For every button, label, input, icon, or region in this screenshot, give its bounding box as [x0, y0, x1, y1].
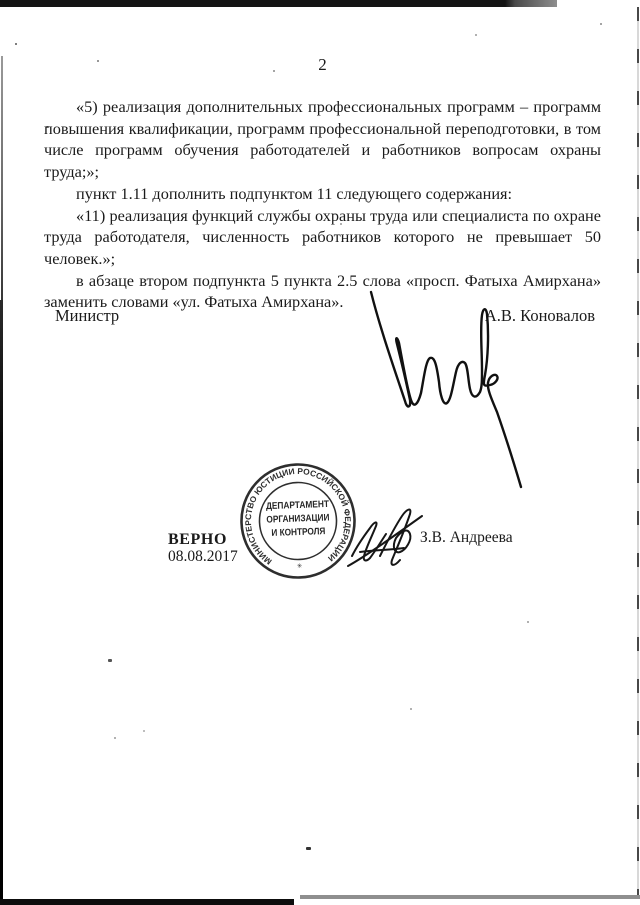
page-number: 2 — [44, 55, 601, 75]
stamp-separator-mark: ✳ — [297, 562, 303, 570]
certifier-signature-scribble — [346, 494, 431, 574]
scan-speck — [143, 730, 145, 732]
scan-speck — [410, 708, 412, 710]
scan-edge-top — [0, 0, 557, 7]
scan-speck — [15, 43, 17, 45]
scan-edge-left-faint — [1, 56, 3, 306]
stamp-center-line-2: ОРГАНИЗАЦИИ — [266, 512, 329, 525]
certification-date: 08.08.2017 — [168, 548, 238, 565]
paragraph-1: «5) реализация дополнительных профессион… — [44, 96, 601, 183]
paragraph-3: «11) реализация функций службы охраны тр… — [44, 205, 601, 270]
certification-block: ВЕРНО 08.08.2017 — [168, 531, 238, 565]
scan-speck — [475, 34, 477, 36]
certifier-name: З.В. Андреева — [420, 529, 513, 547]
scan-edge-bottom-gray — [300, 895, 640, 899]
scan-edge-left — [0, 300, 3, 905]
paragraph-2: пункт 1.11 дополнить подпунктом 11 следу… — [44, 183, 601, 205]
minister-signature-scribble — [364, 288, 529, 498]
scan-speck — [600, 23, 602, 25]
verno-label: ВЕРНО — [168, 531, 238, 548]
stamp-center-line-1: ДЕПАРТАМЕНТ — [266, 499, 329, 512]
scan-speck — [527, 621, 529, 623]
stamp-center-line-3: И КОНТРОЛЯ — [271, 526, 325, 539]
scan-speck — [306, 847, 311, 850]
scanned-document-page: 2 «5) реализация дополнительных професси… — [0, 0, 640, 905]
scan-edge-bottom — [0, 899, 294, 905]
scan-speck — [108, 659, 112, 662]
scan-speck — [114, 737, 116, 739]
document-body: «5) реализация дополнительных профессион… — [44, 96, 601, 313]
scan-edge-right — [637, 7, 639, 899]
official-stamp: МИНИСТЕРСТВО ЮСТИЦИИ РОССИЙСКОЙ ФЕДЕРАЦИ… — [236, 459, 360, 583]
signer-title: Министр — [55, 306, 119, 326]
